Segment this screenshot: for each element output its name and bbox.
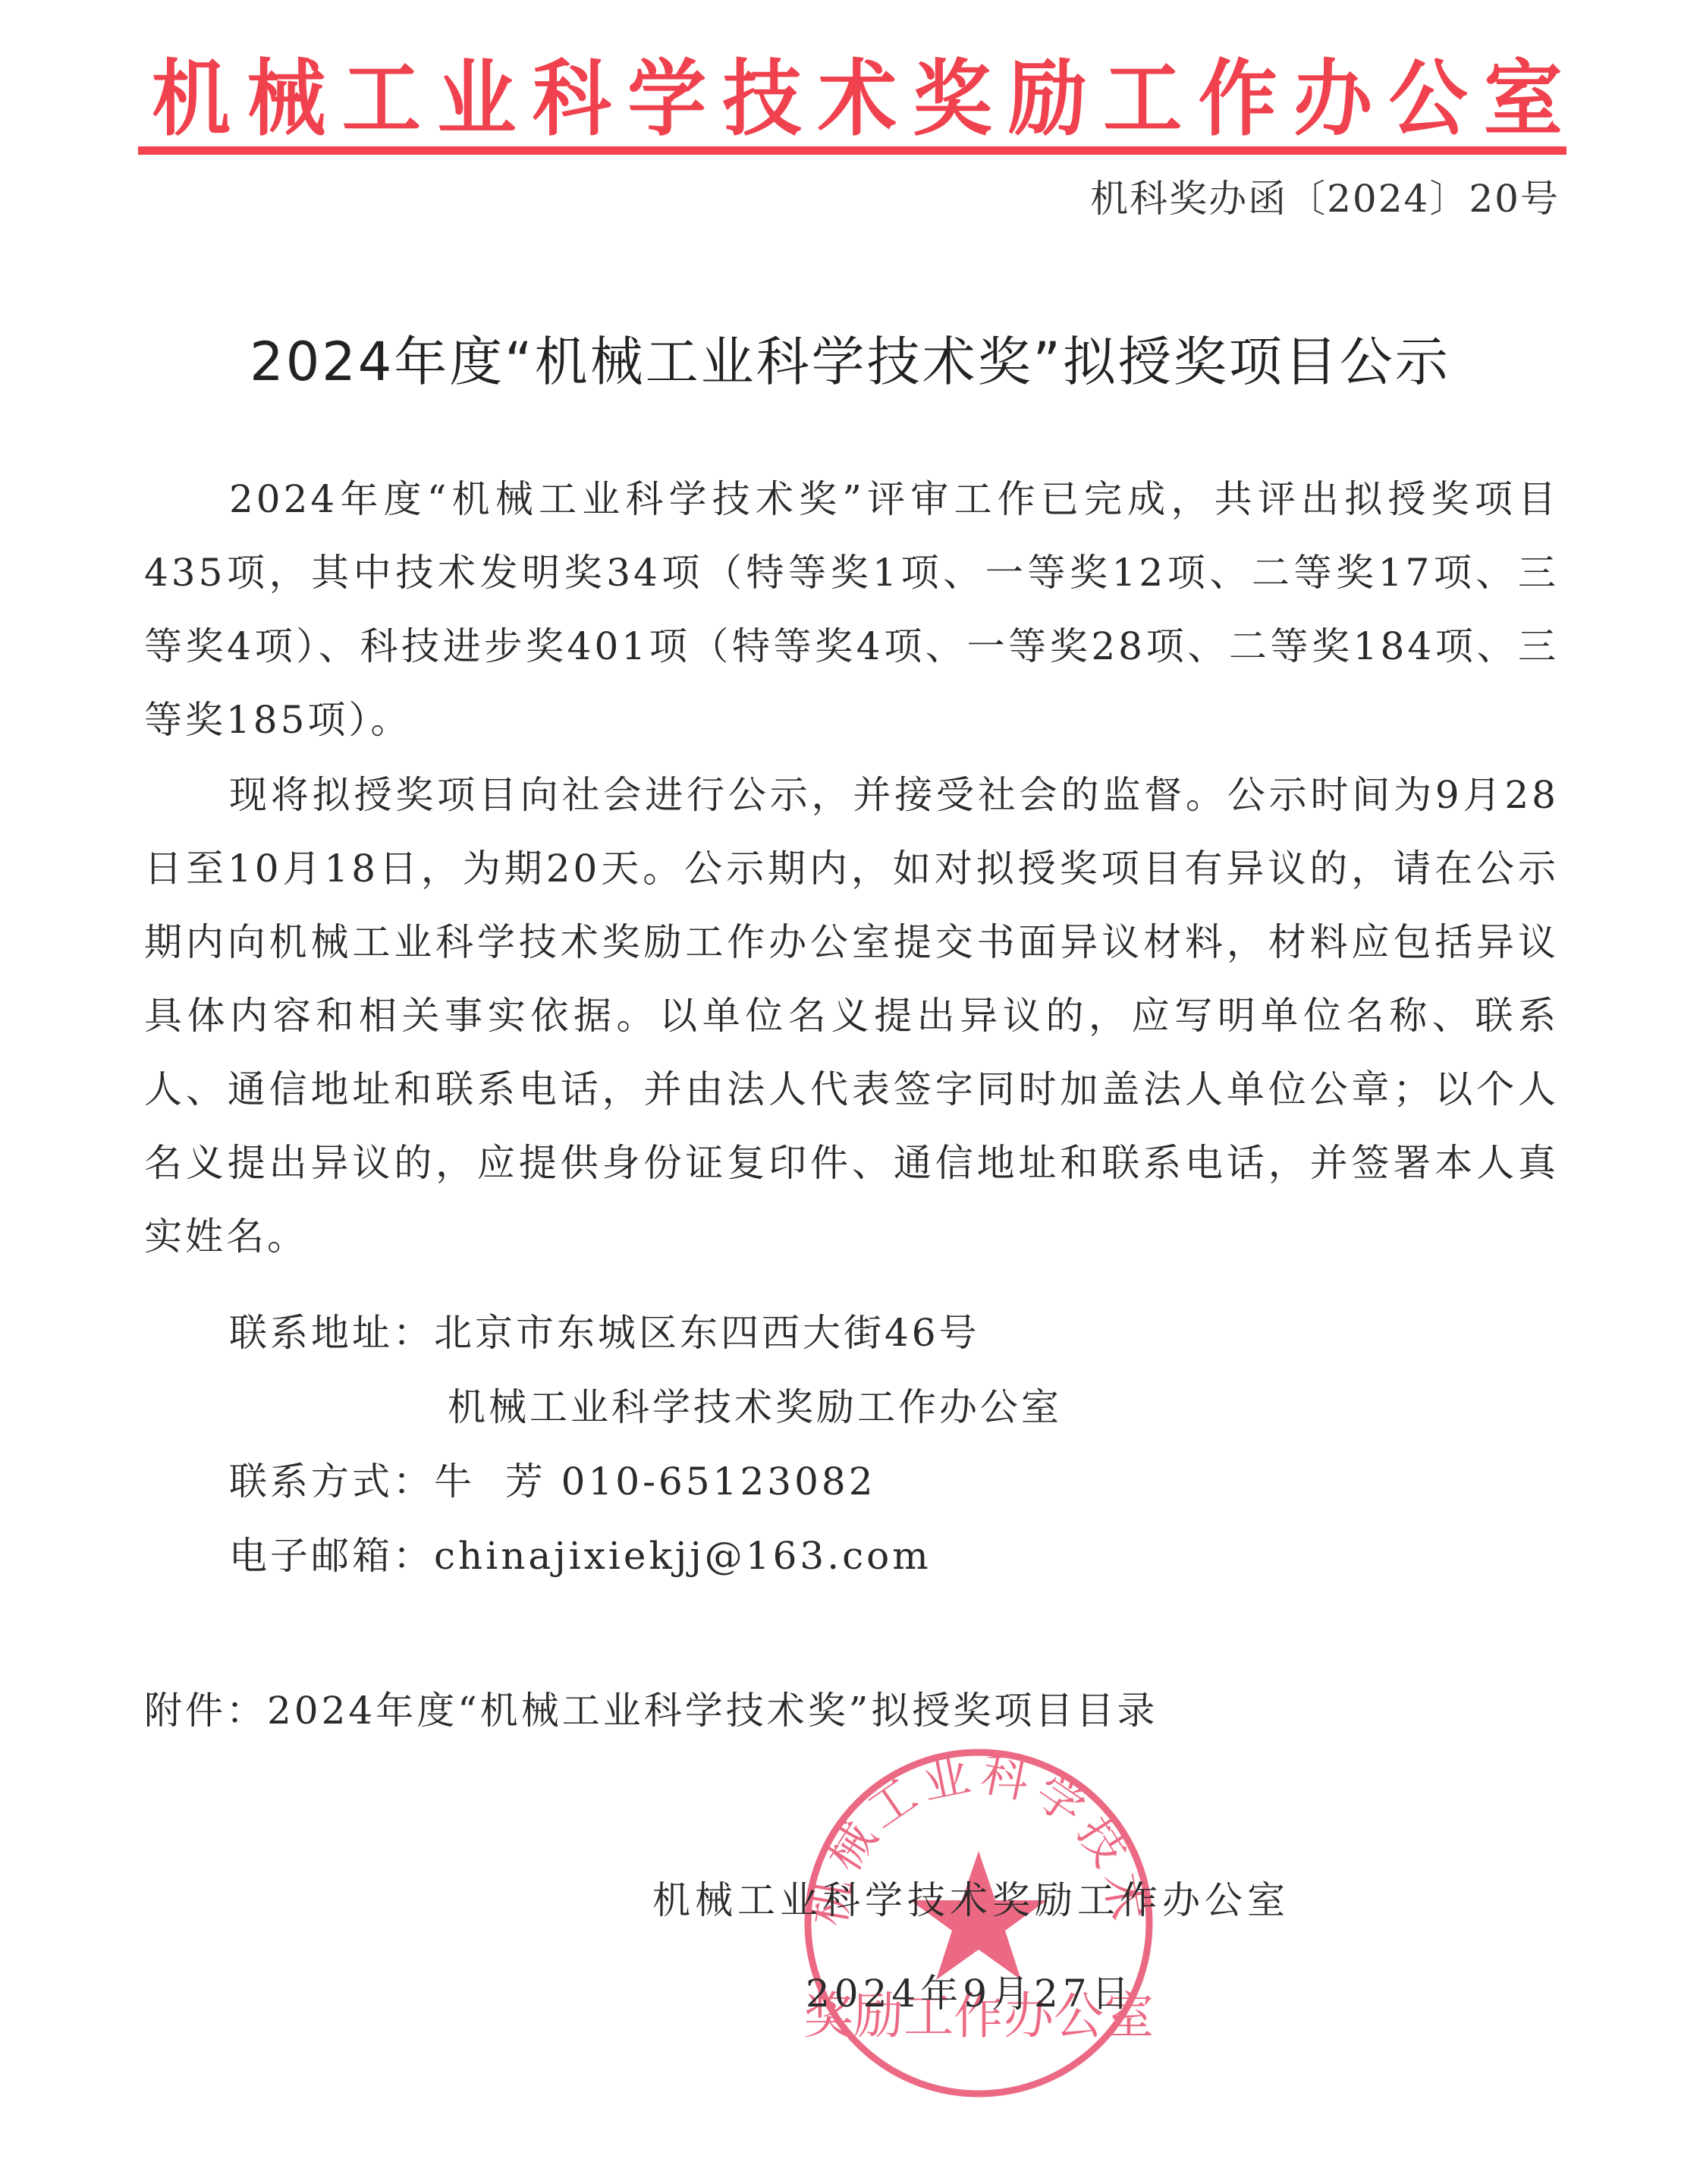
paragraph-summary: 2024年度“机械工业科学技术奖”评审工作已完成，共评出拟授奖项目435项，其中… — [144, 463, 1559, 757]
letterhead-char: 公 — [1388, 51, 1467, 146]
letterhead-char: 业 — [437, 51, 516, 146]
contact-method: 联系方式：牛 芳 010-65123082 — [229, 1444, 876, 1519]
letterhead-char: 作 — [1199, 51, 1277, 146]
letterhead-char: 奖 — [913, 51, 991, 146]
contact-method-label: 联系方式： — [229, 1460, 434, 1504]
signature-date: 2024年9月27日 — [806, 1963, 1134, 2024]
contact-address-label: 联系地址： — [229, 1311, 434, 1355]
paragraph-publicity-notice: 现将拟授奖项目向社会进行公示，并接受社会的监督。公示时间为9月28日至10月18… — [144, 759, 1559, 1274]
letterhead-char: 室 — [1484, 51, 1563, 146]
contact-email: 电子邮箱：chinajixiekjj@163.com — [229, 1519, 932, 1593]
letterhead-char: 励 — [1008, 51, 1087, 146]
letterhead-char: 工 — [342, 51, 421, 146]
contact-address-line1: 北京市东城区东四西大街46号 — [434, 1311, 980, 1355]
letterhead-char: 办 — [1293, 51, 1372, 146]
letterhead-char: 学 — [627, 51, 706, 146]
contact-email-label: 电子邮箱： — [229, 1534, 434, 1578]
attachment-line[interactable]: 附件：2024年度“机械工业科学技术奖”拟授奖项目目录 — [144, 1676, 1158, 1745]
signature-org: 机械工业科学技术奖励工作办公室 — [652, 1870, 1290, 1931]
contact-email-value[interactable]: chinajixiekjj@163.com — [434, 1534, 932, 1578]
letterhead-char: 术 — [818, 51, 897, 146]
letterhead-char: 科 — [533, 51, 611, 146]
contact-address: 联系地址：北京市东城区东四西大街46号 — [229, 1296, 980, 1370]
letterhead-red-rule — [138, 146, 1566, 155]
document-number: 机科奖办函〔2024〕20号 — [1090, 174, 1560, 223]
document-title: 2024年度“机械工业科学技术奖”拟授奖项目公示 — [0, 328, 1700, 396]
letterhead-char: 技 — [723, 51, 802, 146]
contact-method-value: 牛 芳 010-65123082 — [434, 1460, 876, 1504]
letterhead-char: 工 — [1103, 51, 1182, 146]
letterhead-char: 机 — [152, 51, 231, 146]
letterhead-org-name: 机 械 工 业 科 学 技 术 奖 励 工 作 办 公 室 — [152, 53, 1563, 144]
contact-address-line2: 机械工业科学技术奖励工作办公室 — [448, 1370, 1062, 1444]
letterhead-char: 械 — [247, 51, 325, 146]
